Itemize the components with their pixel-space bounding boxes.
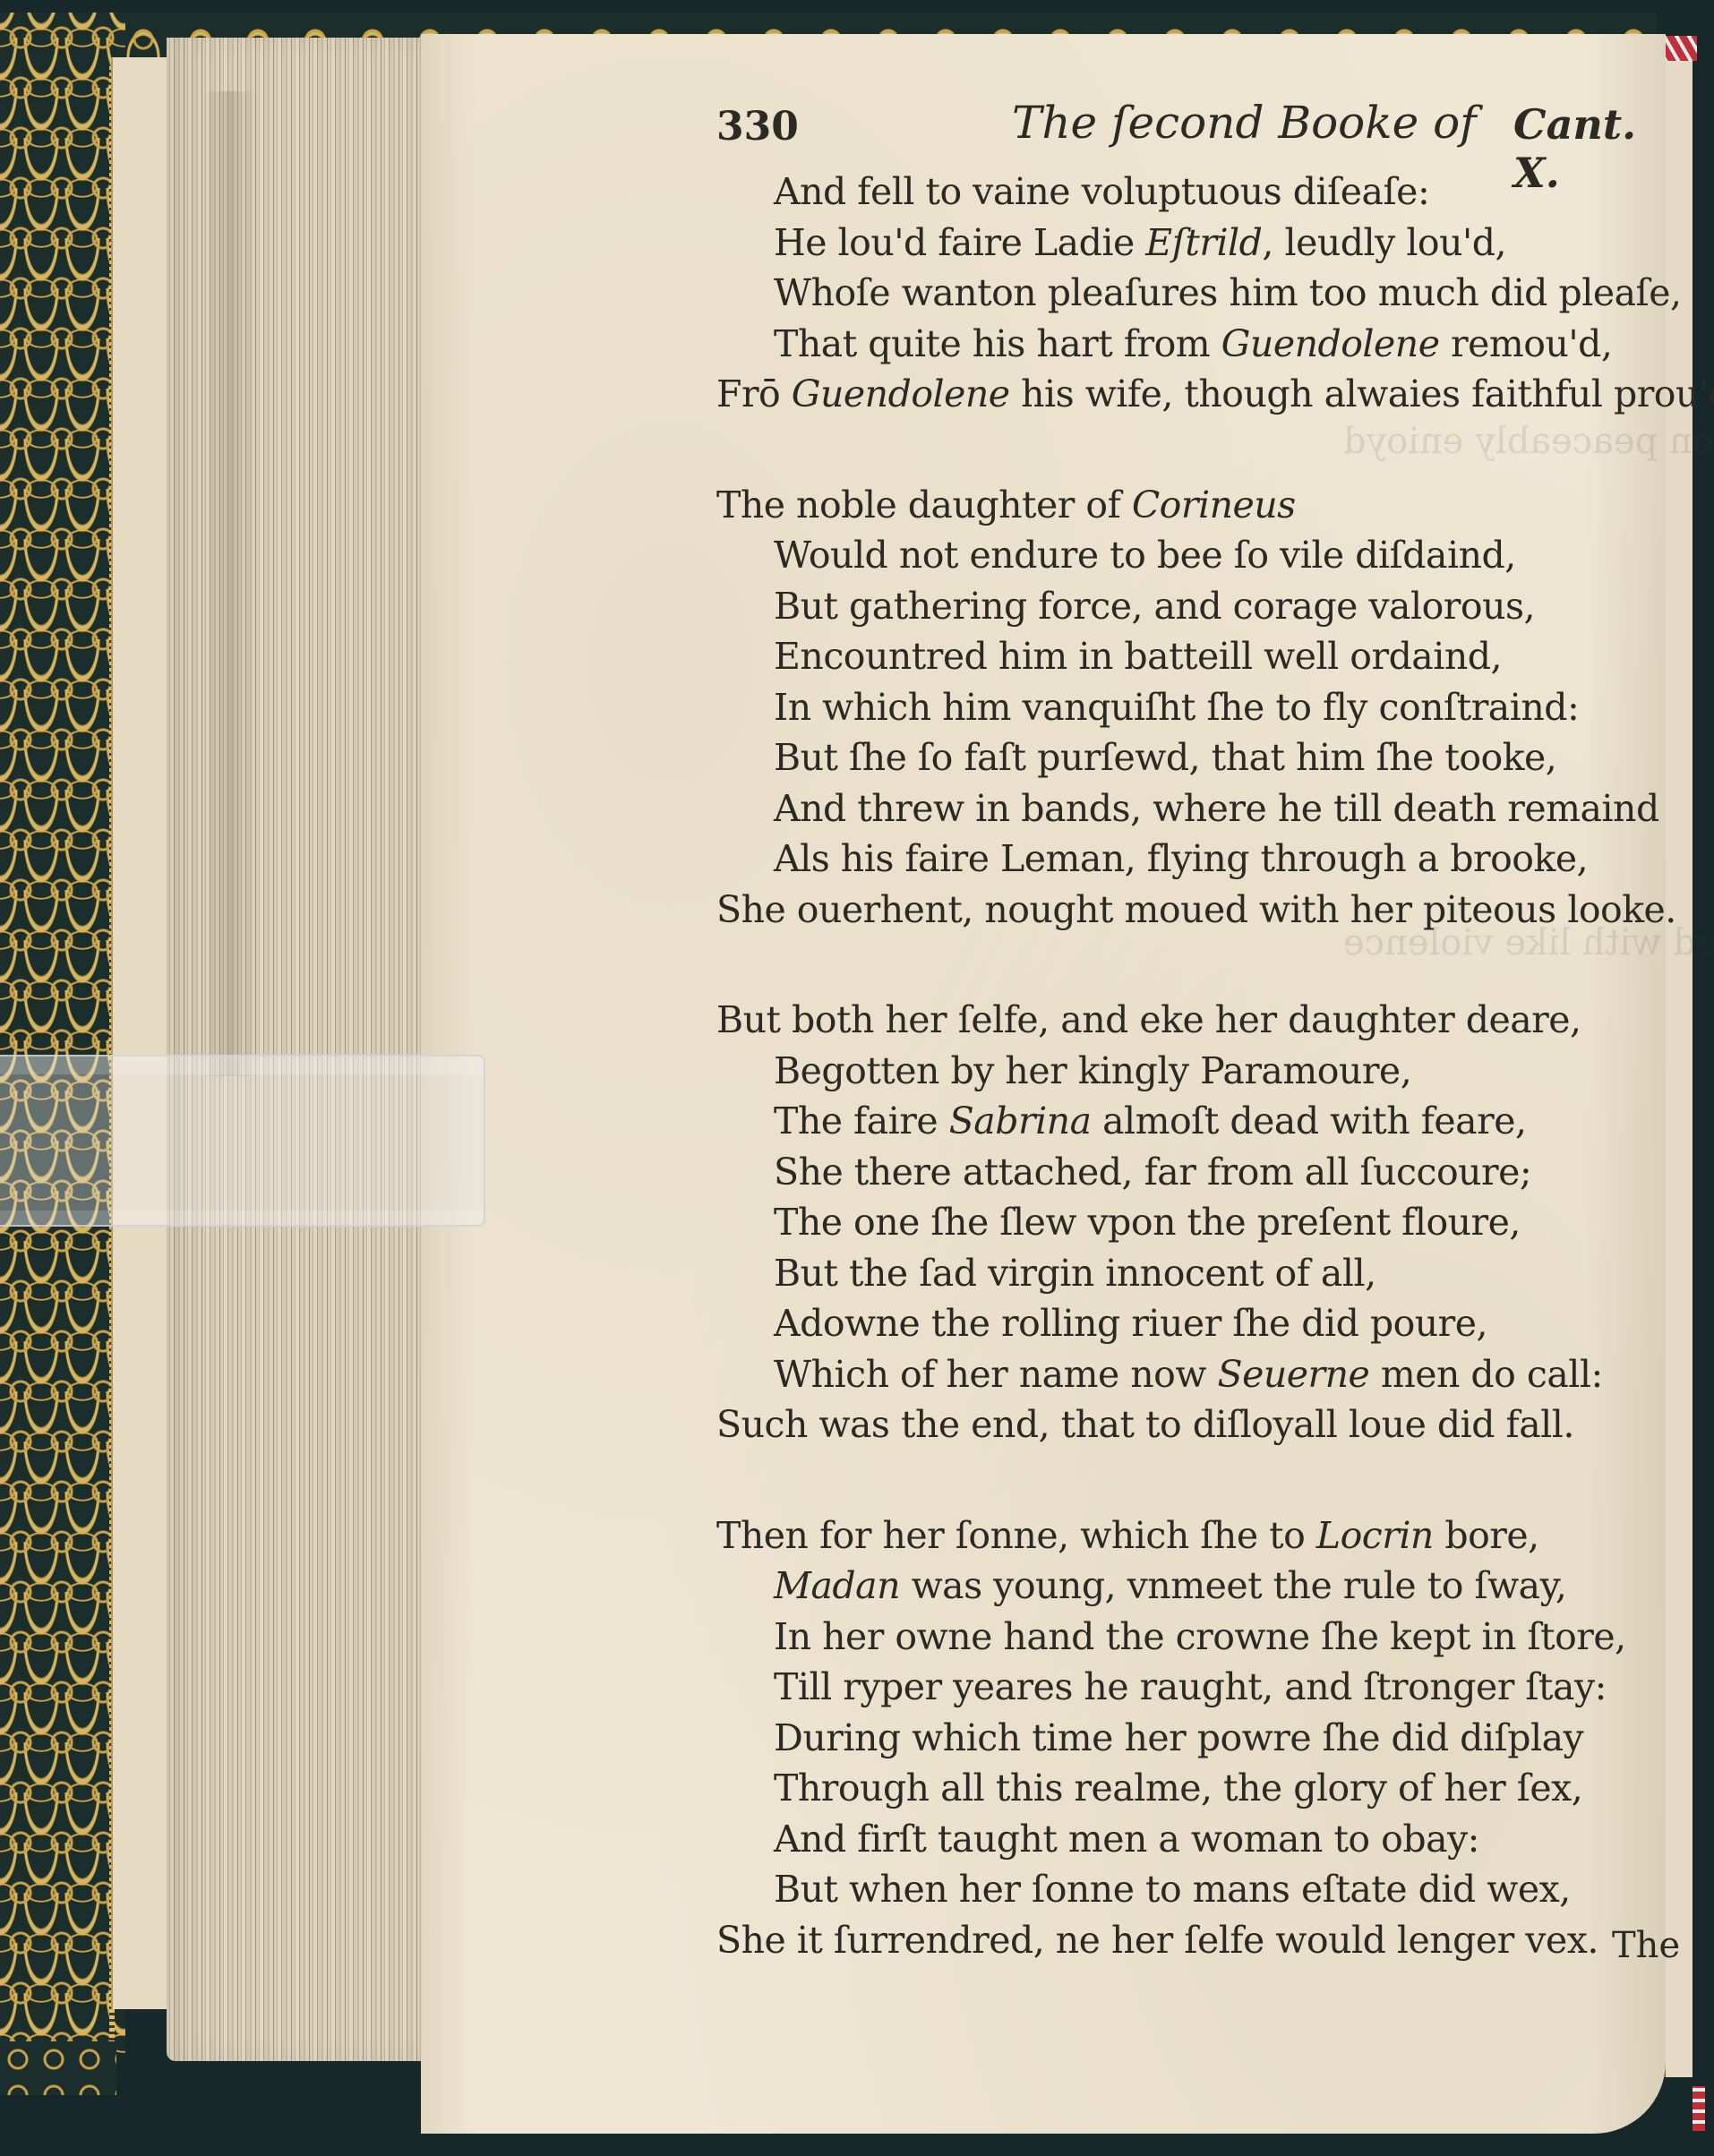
- verse-text: And threw in bands, where he till death …: [774, 787, 1659, 830]
- verse-line: She there attached, far from all ſuccour…: [716, 1147, 1666, 1198]
- verse-text: remou'd,: [1439, 322, 1612, 365]
- verse-text: his wife, though alwaies faithful prou'd…: [1010, 372, 1714, 415]
- verse-text: She it ſurrendred, ne her ſelfe would le…: [716, 1919, 1598, 1962]
- verse-line: Als his faire Leman, flying through a br…: [716, 834, 1666, 885]
- running-title: The ſecond Booke of: [1012, 97, 1477, 149]
- verse-text: Till ryper yeares he raught, and ſtronge…: [774, 1665, 1607, 1708]
- verse-line: He lou'd faire Ladie Eſtrild, leudly lou…: [716, 218, 1666, 269]
- italic-proper-name: Seuerne: [1218, 1353, 1370, 1396]
- catchword: The: [1612, 1925, 1680, 1966]
- tailband-ribbon: [1693, 2086, 1705, 2131]
- verse-line: Frō Guendolene his wife, though alwaies …: [716, 369, 1666, 420]
- verse-text: The faire: [774, 1099, 949, 1142]
- verse-text: , leudly lou'd,: [1262, 221, 1506, 264]
- verse-line: Then for her ſonne, which ſhe to Locrin …: [716, 1510, 1666, 1561]
- italic-proper-name: Corineus: [1132, 483, 1296, 526]
- verse-line: But when her ſonne to mans eſtate did we…: [716, 1864, 1666, 1915]
- verse-text: Encountred him in batteill well ordaind,: [774, 635, 1502, 678]
- acrylic-page-weight: [0, 1055, 485, 1227]
- verse-line: But the ſad virgin innocent of all,: [716, 1248, 1666, 1299]
- verse-text: Adowne the rolling riuer ſhe did poure,: [774, 1302, 1487, 1345]
- italic-proper-name: Sabrina: [949, 1099, 1092, 1142]
- verse-line: Adowne the rolling riuer ſhe did poure,: [716, 1298, 1666, 1349]
- verse-line: During which time her powre ſhe did diſp…: [716, 1713, 1666, 1764]
- verse-text: Then for her ſonne, which ſhe to: [716, 1514, 1316, 1557]
- verse-text: men do call:: [1369, 1353, 1603, 1396]
- stanza: The noble daughter of CorineusWould not …: [716, 480, 1666, 936]
- verse-text: bore,: [1434, 1514, 1539, 1557]
- verse-text: But when her ſonne to mans eſtate did we…: [774, 1868, 1571, 1911]
- verse-line: In which him vanquiſht ſhe to fly conſtr…: [716, 682, 1666, 733]
- stanza: Then for her ſonne, which ſhe to Locrin …: [716, 1510, 1666, 1966]
- verse-text: The one ſhe ſlew vpon the preſent floure…: [774, 1201, 1521, 1244]
- verse-text: In her owne hand the crowne ſhe kept in …: [774, 1615, 1626, 1658]
- stanza: But both her ſelfe, and eke her daughter…: [716, 995, 1666, 1450]
- verse-line: Through all this realme, the glory of he…: [716, 1763, 1666, 1814]
- verse-line: In her owne hand the crowne ſhe kept in …: [716, 1612, 1666, 1663]
- italic-proper-name: Eſtrild: [1145, 221, 1262, 264]
- gilt-binding-left-border: [0, 13, 125, 2054]
- verse-line: The one ſhe ſlew vpon the preſent floure…: [716, 1197, 1666, 1248]
- verse-body: And fell to vaine voluptuous diſeaſe:He …: [716, 167, 1666, 2025]
- verse-line: Begotten by her kingly Paramoure,: [716, 1046, 1666, 1097]
- verse-text: almoſt dead with feare,: [1092, 1099, 1527, 1142]
- verse-text: But both her ſelfe, and eke her daughter…: [716, 998, 1581, 1041]
- verse-line: Which of her name now Seuerne men do cal…: [716, 1349, 1666, 1400]
- page-edges-stack: [167, 38, 426, 2061]
- verse-text: That quite his hart from: [774, 322, 1221, 365]
- verse-text: Whoſe wanton pleaſures him too much did …: [774, 271, 1682, 314]
- verse-line: But ſhe ſo faſt purſewd, that him ſhe to…: [716, 732, 1666, 783]
- verse-line: Encountred him in batteill well ordaind,: [716, 631, 1666, 682]
- verse-line: She ouerhent, nought moued with her pite…: [716, 885, 1666, 936]
- running-head: 330 The ſecond Booke of Cant. X.: [716, 97, 1657, 150]
- verse-line: The faire Sabrina almoſt dead with feare…: [716, 1096, 1666, 1147]
- verse-line: Such was the end, that to diſloyall loue…: [716, 1399, 1666, 1450]
- right-page-edge: [1664, 54, 1693, 2077]
- page-number: 330: [716, 104, 799, 150]
- verse-text: She ouerhent, nought moued with her pite…: [716, 888, 1676, 931]
- verse-text: But the ſad virgin innocent of all,: [774, 1252, 1376, 1295]
- italic-proper-name: Guendolene: [792, 372, 1010, 415]
- verse-text: Frō: [716, 372, 792, 415]
- verse-line: Madan was young, vnmeet the rule to ſway…: [716, 1561, 1666, 1612]
- italic-proper-name: Guendolene: [1221, 322, 1440, 365]
- verse-text: And fell to vaine voluptuous diſeaſe:: [774, 170, 1429, 213]
- verse-text: During which time her powre ſhe did diſp…: [774, 1716, 1583, 1759]
- verse-text: Through all this realme, the glory of he…: [774, 1767, 1582, 1809]
- verse-line: Whoſe wanton pleaſures him too much did …: [716, 268, 1666, 319]
- verse-text: She there attached, far from all ſuccour…: [774, 1151, 1531, 1193]
- verse-text: But ſhe ſo faſt purſewd, that him ſhe to…: [774, 736, 1556, 779]
- verse-line: She it ſurrendred, ne her ſelfe would le…: [716, 1915, 1666, 1966]
- stanza: And fell to vaine voluptuous diſeaſe:He …: [716, 167, 1666, 420]
- verse-text: He lou'd faire Ladie: [774, 221, 1145, 264]
- verse-line: And threw in bands, where he till death …: [716, 783, 1666, 834]
- verse-text: And firſt taught men a woman to obay:: [774, 1818, 1479, 1861]
- verse-line: But gathering force, and corage valorous…: [716, 581, 1666, 632]
- verse-text: Would not endure to bee ſo vile diſdaind…: [774, 534, 1516, 577]
- verse-text: Begotten by her kingly Paramoure,: [774, 1049, 1411, 1092]
- verse-text: The noble daughter of: [716, 483, 1132, 526]
- verse-text: Which of her name now: [774, 1353, 1218, 1396]
- italic-proper-name: Madan: [774, 1564, 900, 1607]
- verse-line: The noble daughter of Corineus: [716, 480, 1666, 531]
- verse-line: But both her ſelfe, and eke her daughter…: [716, 995, 1666, 1046]
- verse-text: was young, vnmeet the rule to ſway,: [900, 1564, 1566, 1607]
- verse-text: But gathering force, and corage valorous…: [774, 585, 1535, 628]
- italic-proper-name: Locrin: [1316, 1514, 1434, 1557]
- verse-text: In which him vanquiſht ſhe to fly conſtr…: [774, 686, 1579, 729]
- verse-text: Als his faire Leman, flying through a br…: [774, 837, 1588, 880]
- verse-line: Would not endure to bee ſo vile diſdaind…: [716, 530, 1666, 581]
- verse-line: Till ryper yeares he raught, and ſtronge…: [716, 1662, 1666, 1713]
- verse-line: That quite his hart from Guendolene remo…: [716, 319, 1666, 370]
- verse-text: Such was the end, that to diſloyall loue…: [716, 1403, 1574, 1446]
- verse-line: And fell to vaine voluptuous diſeaſe:: [716, 167, 1666, 218]
- gilt-binding-bottom-border: [0, 2041, 116, 2095]
- verse-line: And firſt taught men a woman to obay:: [716, 1814, 1666, 1865]
